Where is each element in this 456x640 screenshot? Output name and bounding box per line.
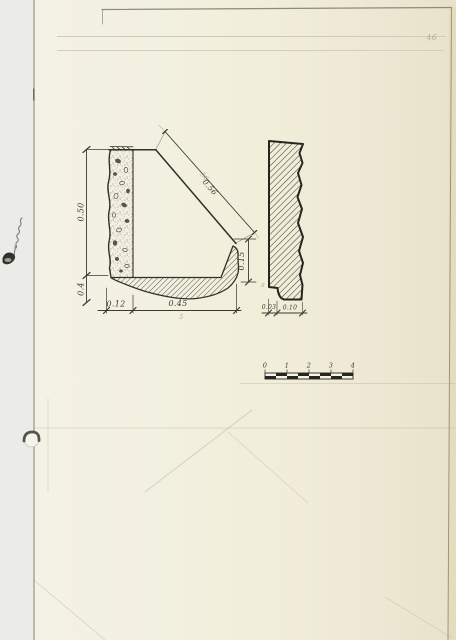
scale-label-1: 1 bbox=[285, 362, 289, 370]
profile-dim-step: 0.03 bbox=[262, 304, 277, 311]
corner-note: 46 bbox=[425, 33, 437, 43]
profile-outline-hatched bbox=[269, 141, 303, 300]
scanned-drawing-page: 46 bbox=[0, 0, 456, 640]
scan-canvas: 46 bbox=[0, 0, 456, 640]
dim-left-upper: 0.50 bbox=[77, 202, 86, 221]
scale-label-0: 0 bbox=[263, 362, 267, 370]
scale-label-2: 2 bbox=[306, 362, 311, 370]
dim-bottom-left: 0.12 bbox=[106, 300, 125, 309]
profile-dim-width: 0.10 bbox=[283, 305, 298, 312]
hole-punch bbox=[24, 432, 39, 447]
dim-left-lower: 0.4 bbox=[77, 282, 86, 296]
paper-sheet bbox=[34, 0, 456, 640]
profile-pencil-mark: 8 bbox=[261, 283, 265, 289]
scale-label-4: 4 bbox=[350, 362, 355, 370]
dim-bottom-right: 0.45 bbox=[168, 299, 187, 308]
dim-right-vertical: 0.15 bbox=[237, 251, 246, 270]
scale-label-3: 3 bbox=[329, 362, 333, 370]
wall-strip-texture bbox=[108, 150, 133, 277]
